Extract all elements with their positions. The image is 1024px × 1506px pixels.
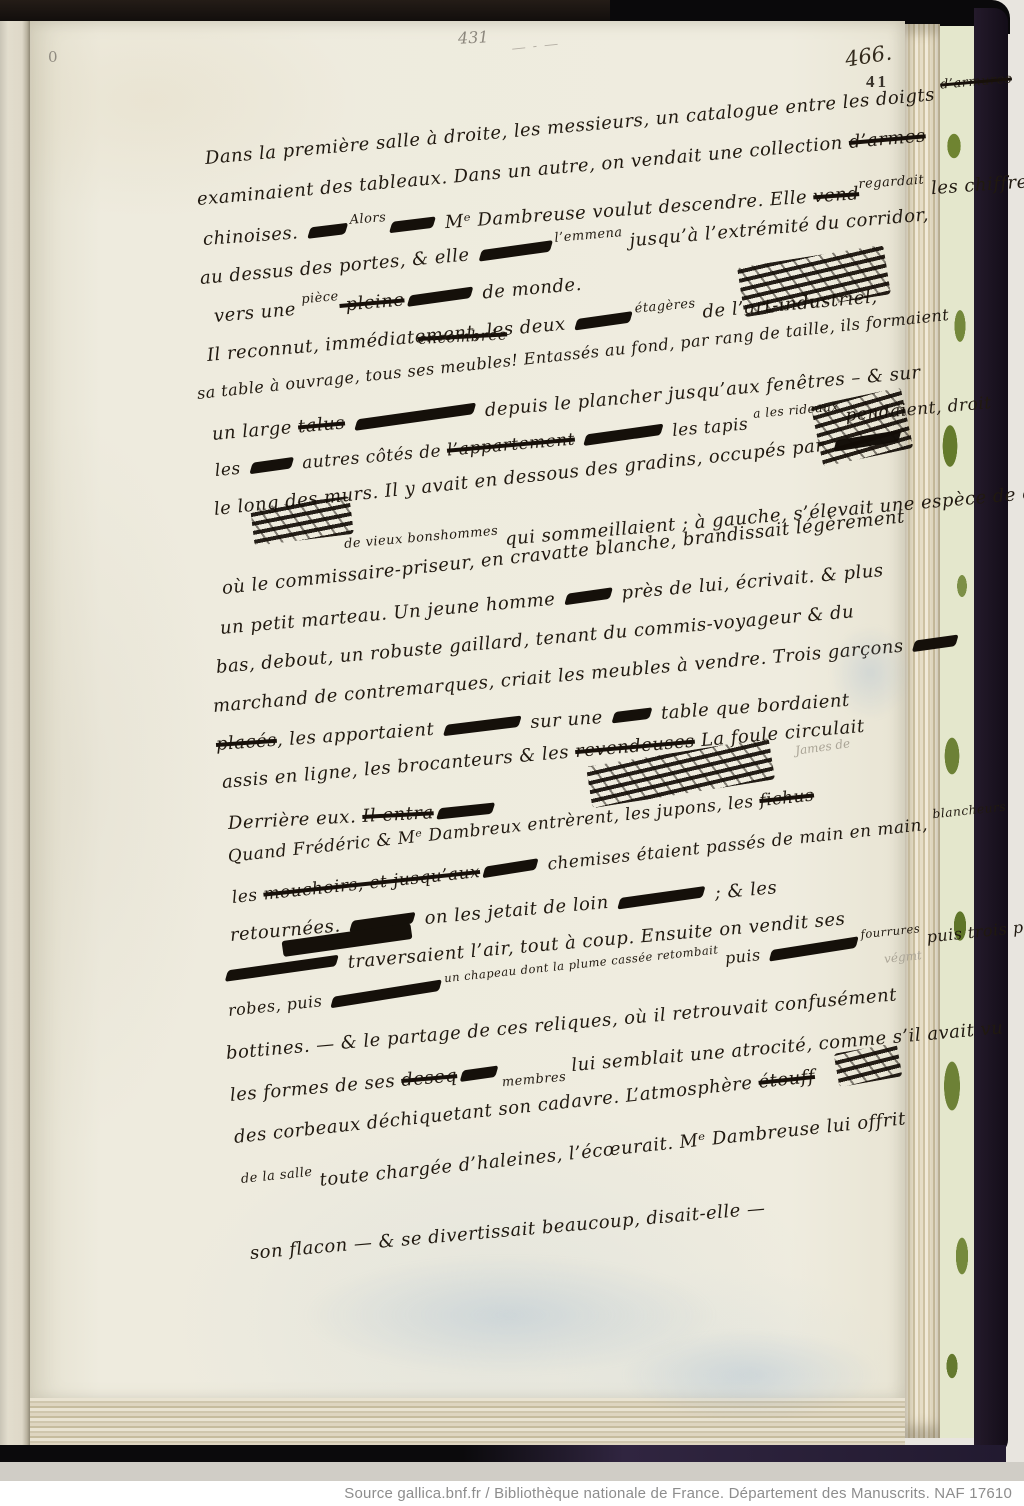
manuscript-word: vers une (213, 298, 303, 327)
manuscript-word: sur une (523, 707, 609, 734)
manuscript-word: d’armes (848, 125, 927, 153)
manuscript-word: au dessus des portes, & elle (199, 244, 476, 289)
ink-scribble (407, 286, 474, 306)
ink-scribble (436, 802, 495, 819)
gallica-manuscript-scan: 0 431 — - — 466. 41 Dans la première sal… (0, 0, 1024, 1506)
manuscript-word: ; & les (708, 877, 778, 904)
ink-showthrough-ghost (830, 625, 910, 720)
manuscript-word (344, 412, 352, 433)
manuscript-word: membres (501, 1070, 567, 1091)
manuscript-word: regardait (858, 173, 925, 193)
manuscript-word: l’emmena (554, 225, 623, 246)
ink-scribble (389, 216, 436, 233)
manuscript-word: les (214, 458, 247, 481)
manuscript-word: étouff (757, 1066, 816, 1093)
manuscript-word (574, 429, 582, 449)
manuscript-word: de la salle (240, 1165, 313, 1187)
ink-scribble (460, 1065, 499, 1082)
manuscript-word: d’armures (940, 71, 1013, 92)
caption-bar: Source gallica.bnf.fr / Bibliothèque nat… (0, 1481, 1024, 1506)
manuscript-word: puis (718, 944, 767, 968)
manuscript-word: autres côtés de (295, 441, 447, 474)
manuscript-word: puis trois paires de (920, 910, 1024, 947)
manuscript-word: blancheurs (932, 800, 1007, 822)
ink-scribble (564, 587, 613, 605)
manuscript-word: les formes de ses (229, 1070, 402, 1106)
ink-scribble (483, 858, 539, 878)
manuscript-word: fichus (758, 785, 815, 811)
manuscript-word: chinoises. (202, 222, 305, 250)
manuscript-word: de monde. (475, 274, 582, 304)
ink-scribble (249, 457, 294, 474)
manuscript-word: pleine (339, 289, 406, 316)
manuscript-text-layer: Dans la première salle à droite, les mes… (0, 0, 1024, 1480)
manuscript-word: mouchoirs, et jusqu’aux (262, 862, 481, 905)
ink-scribble (354, 403, 476, 431)
ink-scribble (574, 311, 633, 330)
pencil-annotation: végmt (883, 948, 922, 966)
manuscript-word: Il entra (362, 802, 434, 827)
manuscript-word: un large (211, 417, 299, 445)
ink-scribble (583, 424, 664, 446)
ink-showthrough-ghost (620, 1330, 880, 1420)
ink-blot (811, 387, 914, 467)
ink-scribble (331, 979, 443, 1008)
ink-scribble (478, 240, 553, 262)
manuscript-word: les chiffres (924, 171, 1024, 200)
manuscript-word: Derrière eux. (227, 806, 362, 834)
ink-scribble (443, 715, 522, 736)
manuscript-word: près de lui, écrivait. & plus (614, 560, 884, 604)
manuscript-word: on les jetait de loin (417, 891, 615, 929)
ink-scribble (769, 936, 859, 961)
ink-scribble (912, 634, 959, 652)
manuscript-word: robes, puis (227, 991, 329, 1020)
ink-scribble (225, 955, 339, 982)
manuscript-word: , les apportaient (276, 718, 441, 750)
manuscript-word: de vieux bonshommes (344, 524, 499, 552)
manuscript-word: fourrures (860, 921, 921, 941)
source-caption: Source gallica.bnf.fr / Bibliothèque nat… (344, 1485, 1012, 1502)
manuscript-word: l’appartement (446, 430, 576, 461)
manuscript-word: placés (215, 730, 277, 755)
manuscript-word: talus (297, 412, 346, 437)
manuscript-word: les tapis (666, 414, 755, 442)
manuscript-word: Alors (349, 210, 387, 228)
manuscript-word: pièce (301, 289, 340, 307)
manuscript-word: vend (813, 183, 860, 207)
ink-scribble (617, 886, 705, 910)
ink-scribble (307, 223, 348, 239)
manuscript-word: deseq (400, 1065, 458, 1091)
ink-scribble (611, 707, 652, 723)
manuscript-word: les (231, 885, 265, 908)
manuscript-word: étagères (634, 296, 696, 316)
